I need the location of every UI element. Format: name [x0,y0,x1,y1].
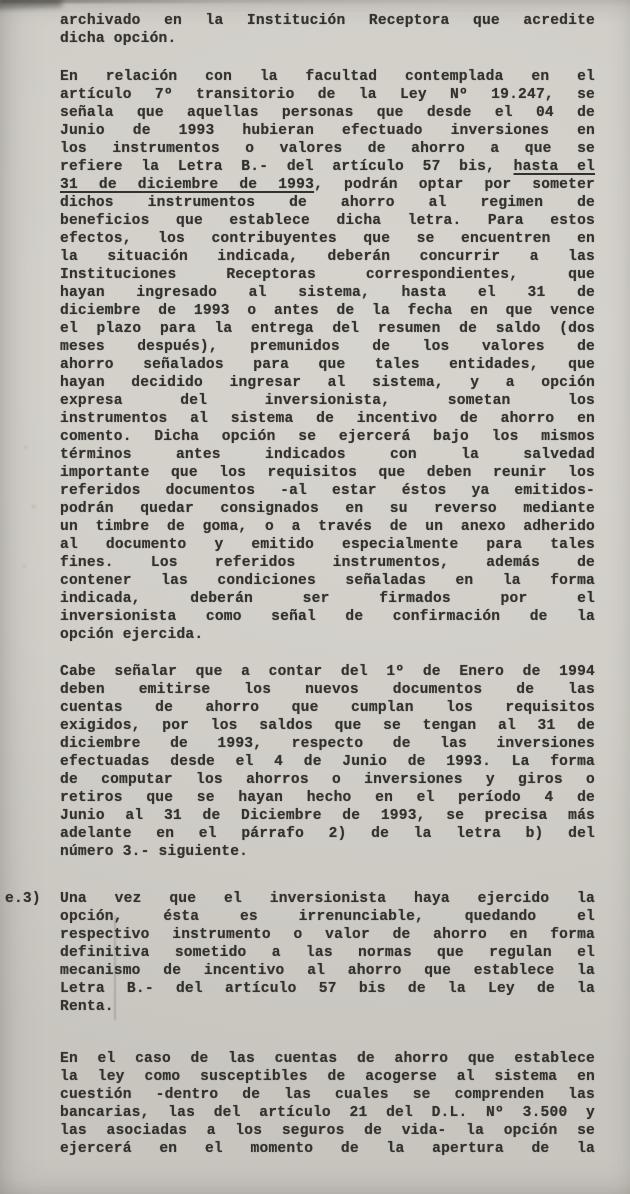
text-line: inversionista como señal de confirmación… [60,608,595,626]
text-line: la situación indicada, deberán concurrir… [60,248,595,266]
scan-margin-speckles [18,430,44,600]
text-line: fines. Los referidos instrumentos, ademá… [60,554,595,572]
text-line: diciembre de 1993 o antes de la fecha en… [60,302,595,320]
text-line: un timbre de goma, o a través de un anex… [60,518,595,536]
text-line: de computar los ahorros o inversiones y … [60,771,595,789]
text-line: respectivo instrumento o valor de ahorro… [60,926,595,944]
text-line: las asociadas a los seguros de vida- la … [60,1122,595,1140]
text-line: hayan ingresado al sistema, hasta el 31 … [60,284,595,302]
text-line: artículo 7º transitorio de la Ley Nº 19.… [60,86,595,104]
paragraph-e.3: e.3)Una vez que el inversionista haya ej… [60,890,595,1016]
text-line: bancarias, las del artículo 21 del D.L. … [60,1104,595,1122]
text-line: En relación con la facultad contemplada … [60,68,595,86]
text-line: podrán quedar consignados en su reverso … [60,500,595,518]
underlined-text: hasta el [514,159,595,175]
text-line: el plazo para la entrega del resumen de … [60,320,595,338]
text-line: expresa del inversionista, sometan los [60,392,595,410]
text-line: efectos, los contribuyentes que se encue… [60,230,595,248]
text-line: meses después), premunidos de los valore… [60,338,595,356]
text-line: Una vez que el inversionista haya ejerci… [60,890,595,908]
text-line: Junio al 31 de Diciembre de 1993, se pre… [60,807,595,825]
text-line: opción ejercida. [60,626,595,644]
paragraph-2: En relación con la facultad contemplada … [60,68,595,644]
scan-top-edge-shade [0,0,630,3]
text-line: efectuadas desde el 4 de Junio de 1993. … [60,753,595,771]
text-line: contener las condiciones señaladas en la… [60,572,595,590]
text-line: 31 de diciembre de 1993, podrán optar po… [60,176,595,194]
text-line: refiere la Letra B.- del artículo 57 bis… [60,158,595,176]
scan-crease-line [114,916,116,1020]
text-line: ejercerá en el momento de la apertura de… [60,1140,595,1158]
text-line: mecanismo de incentivo al ahorro que est… [60,962,595,980]
text-line: adelante en el párrafo 2) de la letra b)… [60,825,595,843]
text-line: instrumentos al sistema de incentivo de … [60,410,595,428]
text-line: Instituciones Receptoras correspondiente… [60,266,595,284]
paragraph-5: En el caso de las cuentas de ahorro que … [60,1050,595,1158]
text-line: cuestión -dentro de las cuales se compre… [60,1086,595,1104]
text-line: definitiva sometido a las normas que reg… [60,944,595,962]
text-line: Cabe señalar que a contar del 1º de Ener… [60,663,595,681]
text-line: En el caso de las cuentas de ahorro que … [60,1050,595,1068]
text-line: los instrumentos o valores de ahorro a q… [60,140,595,158]
text-line: comento. Dicha opción se ejercerá bajo l… [60,428,595,446]
paragraph-label: e.3) [5,890,41,908]
text-line: ahorro señalados para que tales entidade… [60,356,595,374]
text-line: hayan decidido ingresar al sistema, y a … [60,374,595,392]
paragraph-3: Cabe señalar que a contar del 1º de Ener… [60,663,595,861]
text-line: retiros que se hayan hecho en el período… [60,789,595,807]
text-line: opción, ésta es irrenunciable, quedando … [60,908,595,926]
document-text-block: archivado en la Institución Receptora qu… [60,12,595,1158]
text-line: beneficios que establece dicha letra. Pa… [60,212,595,230]
text-line: archivado en la Institución Receptora qu… [60,12,595,30]
text-line: la ley como susceptibles de acogerse al … [60,1068,595,1086]
paragraph-1: archivado en la Institución Receptora qu… [60,12,595,48]
text-line: exigidos, por los saldos que se tengan a… [60,717,595,735]
text-line: deben emitirse los nuevos documentos de … [60,681,595,699]
underlined-text: 31 de diciembre de 1993 [60,177,314,193]
text-line: número 3.- siguiente. [60,843,595,861]
text-line: Letra B.- del artículo 57 bis de la Ley … [60,980,595,998]
text-line: Junio de 1993 hubieran efectuado inversi… [60,122,595,140]
document-page: archivado en la Institución Receptora qu… [0,0,630,1194]
text-line: indicada, deberán ser firmados por el [60,590,595,608]
text-line: dicha opción. [60,30,595,48]
text-line: términos antes indicados con la salvedad [60,446,595,464]
text-line: dichos instrumentos de ahorro al regimen… [60,194,595,212]
text-line: Renta. [60,998,595,1016]
text-line: importante que los requisitos que deben … [60,464,595,482]
text-line: al documento y emitido especialmente par… [60,536,595,554]
text-line: cuentas de ahorro que cumplan los requis… [60,699,595,717]
text-line: señala que aquellas personas que desde e… [60,104,595,122]
text-line: diciembre de 1993, respecto de las inver… [60,735,595,753]
text-line: referidos documentos -al estar éstos ya … [60,482,595,500]
